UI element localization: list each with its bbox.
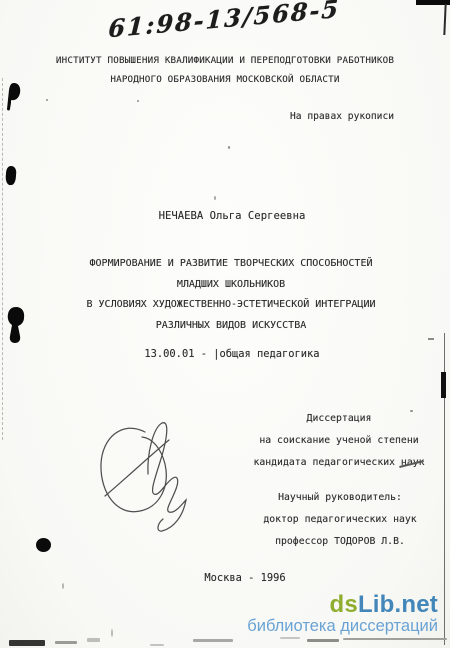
handwritten-signature: [90, 412, 205, 534]
scan-speck: [228, 146, 230, 149]
degree-line: кандидата педагогических наук: [248, 452, 430, 474]
scan-speck: [111, 629, 113, 637]
scan-speck: [214, 196, 216, 200]
handwritten-catalog-number: 61:98-13/568-5: [108, 0, 341, 43]
institute-line: НАРОДНОГО ОБРАЗОВАНИЯ МОСКОВСКОЙ ОБЛАСТИ: [0, 70, 450, 89]
manuscript-note: На правах рукописи: [0, 111, 394, 122]
dslib-tagline: библиотека диссертаций: [247, 617, 438, 636]
ink-blot: [4, 165, 18, 187]
dslib-watermark: dsLib.net библиотека диссертаций: [247, 593, 438, 636]
smudge: [307, 639, 339, 642]
supervisor-statement: Научный руководитель: доктор педагогичес…: [250, 487, 430, 553]
degree-line: на соискание ученой степени: [248, 430, 430, 452]
dissertation-title-line: РАЗЛИЧНЫХ ВИДОВ ИСКУССТВА: [12, 316, 450, 337]
page-corner-fold-line: [443, 4, 446, 35]
smudge: [150, 644, 164, 646]
ink-blot: [6, 306, 26, 344]
supervisor-line: профессор ТОДОРОВ Л.В.: [250, 531, 430, 553]
institute-header: ИНСТИТУТ ПОВЫШЕНИЯ КВАЛИФИКАЦИИ И ПЕРЕПО…: [0, 51, 450, 89]
smudge: [280, 637, 300, 639]
supervisor-line: доктор педагогических наук: [250, 509, 430, 531]
smudge: [87, 638, 100, 642]
ink-blot: [4, 82, 22, 112]
scan-speck: [62, 583, 64, 589]
degree-line: Диссертация: [248, 408, 430, 430]
speciality-code: 13.00.01 - |общая педагогика: [14, 348, 450, 360]
scan-speck: [428, 338, 434, 340]
dissertation-title-line: В УСЛОВИЯХ ХУДОЖЕСТВЕННО-ЭСТЕТИЧЕСКОЙ ИН…: [12, 295, 450, 316]
scanned-dissertation-title-page: 61:98-13/568-5 ИНСТИТУТ ПОВЫШЕНИЯ КВАЛИФ…: [0, 0, 450, 648]
ink-dot: [36, 538, 51, 552]
scan-edge-mark: [441, 372, 446, 398]
dslib-logo: dsLib.net: [247, 593, 438, 617]
dslib-logo-prefix: ds: [330, 591, 358, 618]
institute-line: ИНСТИТУТ ПОВЫШЕНИЯ КВАЛИФИКАЦИИ И ПЕРЕПО…: [0, 51, 450, 70]
dissertation-title-line: ФОРМИРОВАНИЕ И РАЗВИТИЕ ТВОРЧЕСКИХ СПОСО…: [12, 254, 450, 275]
scan-speck: [137, 100, 139, 102]
imprint-city-year: Москва - 1996: [40, 572, 450, 584]
scan-speck: [46, 99, 48, 101]
supervisor-line: Научный руководитель:: [250, 487, 430, 509]
smudge: [193, 639, 233, 642]
smudge: [9, 640, 45, 646]
scan-speck: [410, 410, 413, 412]
dslib-logo-suffix: Lib.net: [358, 591, 438, 618]
dissertation-title-line: МЛАДШИХ ШКОЛЬНИКОВ: [12, 275, 450, 296]
dissertation-title: ФОРМИРОВАНИЕ И РАЗВИТИЕ ТВОРЧЕСКИХ СПОСО…: [12, 254, 450, 336]
author-name: НЕЧАЕВА Ольга Сергеевна: [14, 210, 450, 222]
smudge: [55, 641, 77, 644]
scan-edge-line-left: [2, 78, 3, 440]
smudge: [343, 638, 447, 640]
